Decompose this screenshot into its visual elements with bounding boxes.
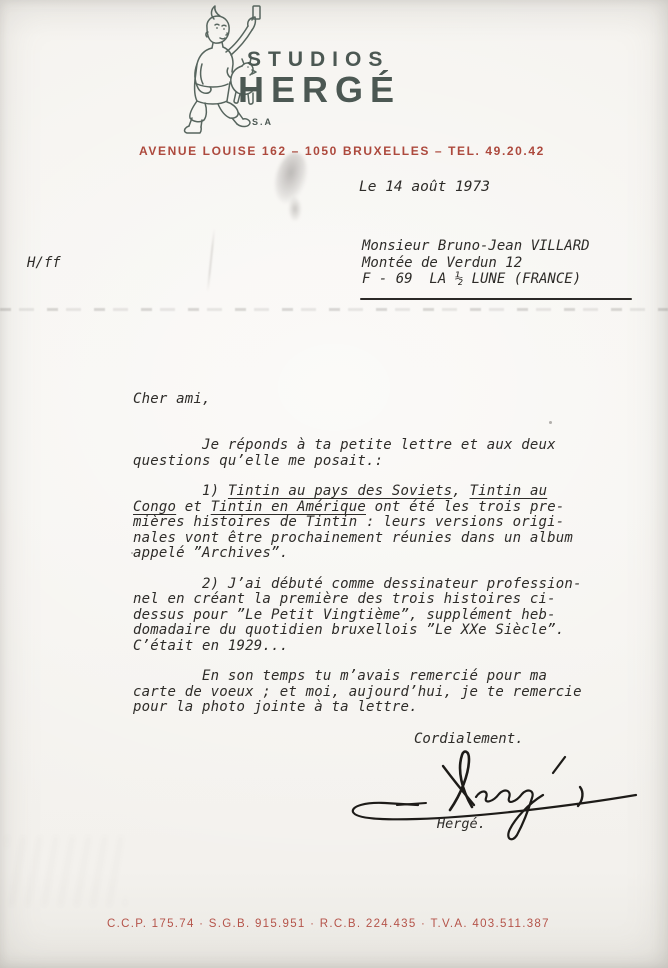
letter-line: nales vont être prochainement réunies da… <box>133 531 582 546</box>
typed-signature-name: Hergé. <box>437 816 486 832</box>
recipient-street: Montée de Verdun 12 <box>362 255 522 271</box>
letter-body: Cher ami, Je réponds à ta petite lettre … <box>133 392 582 716</box>
letter-line: 1) Tintin au pays des Soviets, Tintin au <box>133 484 582 499</box>
letter-line: Congo et Tintin en Amérique ont été les … <box>133 500 582 515</box>
fold-crease <box>0 308 668 311</box>
pencil-smudge <box>288 196 302 222</box>
letter-line: dessus pour ”Le Petit Vingtième”, supplé… <box>133 608 582 623</box>
letter-line: En son temps tu m’avais remercié pour ma <box>133 669 582 684</box>
letter-line: carte de voeux ; et moi, aujourd’hui, je… <box>133 685 582 700</box>
scan-scratch <box>207 228 216 292</box>
letterhead-address: AVENUE LOUISE 162 – 1050 BRUXELLES – TEL… <box>139 144 545 158</box>
recipient-address: Monsieur Bruno-Jean VILLARD Montée de Ve… <box>362 238 590 288</box>
date-line: Le 14 août 1973 <box>359 179 490 195</box>
address-underline <box>360 298 632 300</box>
letter-line: C’était en 1929... <box>133 639 582 654</box>
reference-initials: H/ff <box>27 255 61 271</box>
recipient-city: F - 69 LA ½ LUNE (FRANCE) <box>362 271 581 287</box>
handwritten-signature <box>322 748 667 863</box>
letter-line: mières histoires de Tintin : leurs versi… <box>133 515 582 530</box>
letter-line <box>133 469 582 484</box>
letter-line <box>133 407 582 422</box>
letter-line: Je réponds à ta petite lettre et aux deu… <box>133 438 582 453</box>
letter-line: domadaire du quotidien bruxellois ”Le XX… <box>133 623 582 638</box>
paper-stain <box>6 836 126 906</box>
letter-line: pour la photo jointe à ta lettre. <box>133 700 582 715</box>
closing-salutation: Cordialement. <box>414 731 524 747</box>
recipient-name: Monsieur Bruno-Jean VILLARD <box>362 238 590 254</box>
footer-registration-line: C.C.P. 175.74 · S.G.B. 915.951 · R.C.B. … <box>107 918 550 930</box>
letter-line <box>133 654 582 669</box>
letter-line: appelé ”Archives”. <box>133 546 582 561</box>
letter-line: 2) J’ai débuté comme dessinateur profess… <box>133 577 582 592</box>
letter-line: Cher ami, <box>133 392 582 407</box>
studio-name-line2: HERGÉ <box>238 69 401 111</box>
letter-line: questions qu’elle me posait.: <box>133 454 582 469</box>
letter-line: nel en créant la première des trois hist… <box>133 592 582 607</box>
scanned-letter: STUDIOS HERGÉ S.A AVENUE LOUISE 162 – 10… <box>0 0 668 968</box>
letter-line <box>133 561 582 576</box>
studio-legal-form: S.A <box>252 117 273 127</box>
letter-line <box>133 423 582 438</box>
